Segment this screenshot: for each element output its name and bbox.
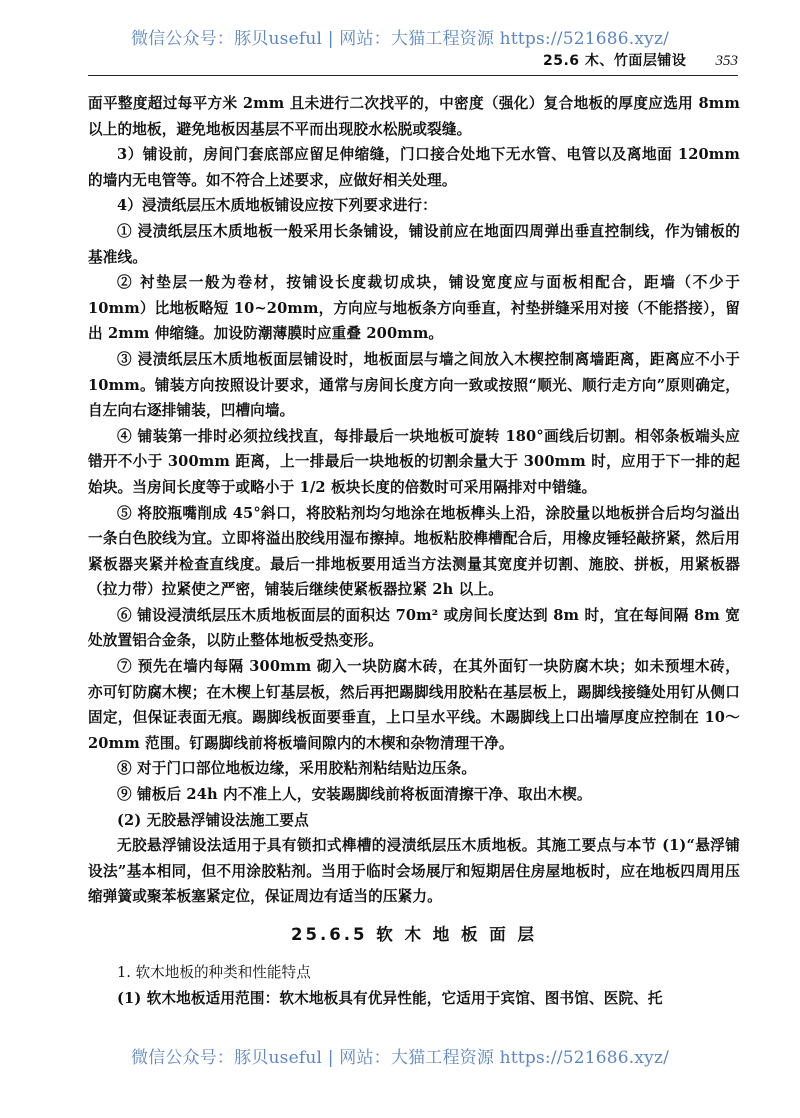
running-head: 25.6 木、竹面层铺设 353	[88, 50, 738, 72]
paragraph-step-7: ⑦ 预先在墙内每隔 300mm 砌入一块防腐木砖，在其外面钉一块防腐木块；如未预…	[88, 654, 740, 756]
section-heading: 25.6.5 软 木 地 板 面 层	[88, 922, 740, 948]
paragraph-continuation: 面平整度超过每平方米 2mm 且未进行二次找平的，中密度（强化）复合地板的厚度应…	[88, 91, 740, 142]
paragraph-step-9: ⑨ 铺板后 24h 内不准上人，安装踢脚线前将板面清擦干净、取出木楔。	[88, 782, 740, 808]
paragraph-step-1: ① 浸渍纸层压木质地板一般采用长条铺设，铺设前应在地面四周弹出垂直控制线，作为铺…	[88, 219, 740, 270]
watermark-top: 微信公众号：豚贝useful | 网站：大猫工程资源 https://52168…	[0, 24, 800, 49]
subheading-cork-types: 1. 软木地板的种类和性能特点	[88, 960, 740, 986]
paragraph-step-3: ③ 浸渍纸层压木质地板面层铺设时，地板面层与墙之间放入木楔控制离墙距离，距离应不…	[88, 347, 740, 424]
paragraph-glueless-floating: 无胶悬浮铺设法适用于具有锁扣式榫槽的浸渍纸层压木质地板。其施工要点与本节 (1)…	[88, 833, 740, 910]
paragraph-step-5: ⑤ 将胶瓶嘴削成 45°斜口，将胶粘剂均匀地涂在地板榫头上沿，涂胶量以地板拼合后…	[88, 501, 740, 603]
paragraph-item-4: 4）浸渍纸层压木质地板铺设应按下列要求进行：	[88, 193, 740, 219]
paragraph-step-2: ② 衬垫层一般为卷材，按铺设长度裁切成块，铺设宽度应与面板相配合，距墙（不少于 …	[88, 270, 740, 347]
page-body: 面平整度超过每平方米 2mm 且未进行二次找平的，中密度（强化）复合地板的厚度应…	[88, 91, 740, 1011]
subheading-glueless-floating: (2) 无胶悬浮铺设法施工要点	[88, 808, 740, 834]
watermark-bottom: 微信公众号：豚贝useful | 网站：大猫工程资源 https://52168…	[0, 1043, 800, 1068]
paragraph-item-3: 3）铺设前，房间门套底部应留足伸缩缝，门口接合处地下无水管、电管以及离地面 12…	[88, 142, 740, 193]
running-head-section: 25.6 木、竹面层铺设	[543, 53, 686, 69]
page-number: 353	[716, 53, 739, 70]
paragraph-cork-scope: (1) 软木地板适用范围：软木地板具有优异性能，它适用于宾馆、图书馆、医院、托	[88, 986, 740, 1012]
paragraph-step-6: ⑥ 铺设浸渍纸层压木质地板面层的面积达 70m² 或房间长度达到 8m 时，宜在…	[88, 603, 740, 654]
paragraph-step-4: ④ 铺装第一排时必须拉线找直，每排最后一块地板可旋转 180°画线后切割。相邻条…	[88, 424, 740, 501]
header-rule	[88, 75, 738, 76]
paragraph-step-8: ⑧ 对于门口部位地板边缘，采用胶粘剂粘结贴边压条。	[88, 756, 740, 782]
